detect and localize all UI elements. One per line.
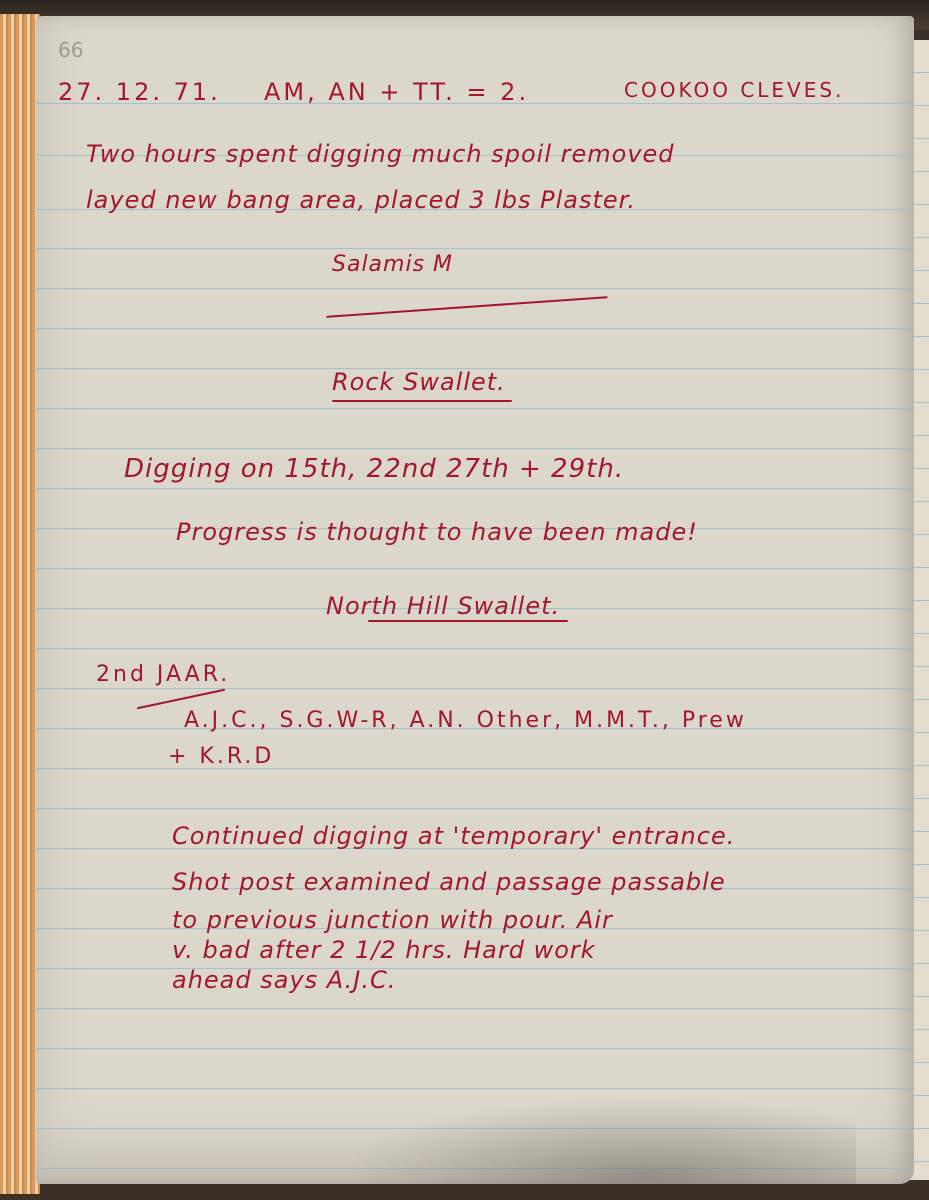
text-line: Shot post examined and passage passable	[172, 868, 726, 896]
heading-underline	[332, 400, 512, 402]
rule-line	[36, 808, 914, 809]
text-line: A.J.C., S.G.W-R, A.N. Other, M.M.T., Pre…	[184, 708, 747, 733]
section-heading: Rock Swallet.	[332, 368, 506, 396]
subheading: 2nd JAAR.	[96, 662, 230, 687]
rule-line	[36, 248, 914, 249]
rule-line	[36, 408, 914, 409]
rule-line	[36, 968, 914, 969]
rule-line	[36, 448, 914, 449]
page-number: 66	[58, 38, 83, 62]
rule-line	[36, 688, 914, 689]
rule-line	[36, 328, 914, 329]
rule-line	[36, 488, 914, 489]
text-line: Continued digging at 'temporary' entranc…	[172, 822, 735, 850]
entry-members: AM, AN + TT. = 2.	[264, 78, 529, 106]
text-line: to previous junction with pour. Air	[172, 906, 613, 934]
entry-date: 27. 12. 71.	[58, 78, 221, 106]
rule-line	[36, 648, 914, 649]
rule-line	[36, 288, 914, 289]
text-line: Progress is thought to have been made!	[176, 518, 698, 546]
subheading-underline	[137, 689, 225, 710]
notebook-page: 66 27. 12. 71. AM, AN + TT. = 2. COOKOO …	[36, 16, 914, 1184]
text-line: Two hours spent digging much spoil remov…	[86, 140, 675, 168]
shadow	[336, 1096, 856, 1184]
rule-line	[36, 1048, 914, 1049]
entry-location: COOKOO CLEVES.	[624, 78, 844, 102]
text-line: + K.R.D	[168, 744, 274, 769]
signature: Salamis M	[332, 252, 453, 277]
heading-underline	[368, 620, 568, 622]
text-line: layed new bang area, placed 3 lbs Plaste…	[86, 186, 636, 214]
text-line: Digging on 15th, 22nd 27th + 29th.	[124, 454, 624, 484]
page-edges	[0, 14, 40, 1194]
rule-line	[36, 1088, 914, 1089]
rule-line	[36, 1008, 914, 1009]
text-line: ahead says A.J.C.	[172, 966, 396, 994]
rule-line	[36, 568, 914, 569]
text-line: v. bad after 2 1/2 hrs. Hard work	[172, 936, 596, 964]
section-heading: North Hill Swallet.	[326, 592, 560, 620]
signature-underline	[326, 296, 607, 318]
